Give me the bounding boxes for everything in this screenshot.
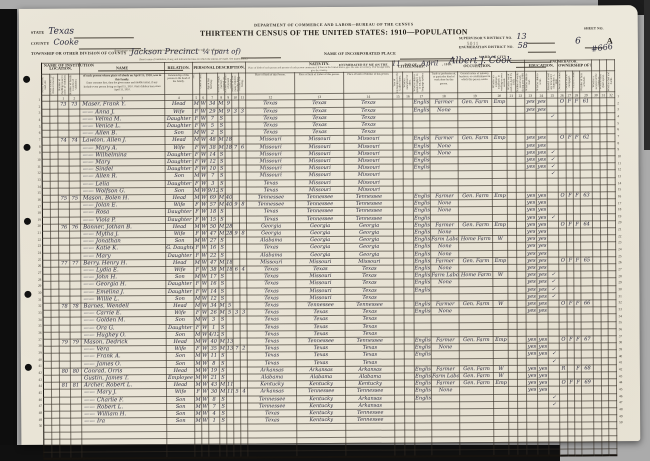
table-cell: S [219,331,226,338]
table-cell [209,451,220,458]
table-cell: yes [526,286,537,293]
census-title: THIRTEENTH CENSUS OF THE UNITED STATES: … [169,27,499,38]
table-cell [508,214,517,221]
table-cell [493,308,508,315]
table-cell [226,244,233,251]
table-cell [43,282,51,289]
table-cell: S [219,244,226,251]
column-header: Number of dwelling house in order of vis… [58,74,69,95]
table-cell [44,418,52,425]
table-cell [227,396,234,403]
table-cell [549,365,560,372]
table-cell [581,213,593,220]
table-cell: English [415,395,432,402]
table-cell: S [219,252,226,259]
table-cell [404,222,414,229]
table-cell [69,188,80,195]
table-cell [592,105,600,112]
table-cell [517,286,526,293]
table-cell [394,330,404,337]
table-cell [527,408,538,415]
punch-hole [25,364,32,371]
table-cell [239,208,246,215]
table-cell: M [194,374,201,381]
table-cell [574,350,581,357]
table-cell: M1 [219,309,226,316]
table-cell [508,279,517,286]
table-cell [508,329,517,336]
table-cell [559,242,567,249]
table-cell [592,156,600,163]
column-header: Whether able to write. [536,71,547,92]
table-cell [233,374,240,381]
table-cell [582,386,594,393]
table-cell [346,450,395,457]
table-cell [226,316,233,323]
table-cell [239,100,246,107]
table-cell: F [574,221,581,228]
table-cell: yes [526,235,537,242]
table-cell [517,307,526,314]
table-cell [232,158,239,165]
table-cell [516,142,525,149]
table-cell [233,223,240,230]
table-cell [547,106,558,113]
table-cell [50,181,58,188]
table-cell [415,402,432,409]
table-cell [573,156,580,163]
table-cell [525,120,536,127]
table-cell [492,113,507,120]
table-cell [516,106,525,113]
table-cell: F [193,144,200,151]
table-cell [43,346,51,353]
table-cell: S [220,417,227,424]
table-cell: M [194,237,201,244]
table-cell: 13 [226,345,233,352]
table-cell [601,336,608,343]
table-cell [404,308,414,315]
table-cell [59,325,70,332]
table-cell [581,350,593,357]
table-cell: S [219,353,226,360]
table-cell [575,415,582,422]
table-cell: W [201,266,208,273]
table-cell [573,177,580,184]
table-cell [538,449,549,456]
table-cell [69,159,80,166]
table-cell: 12 [207,158,218,165]
table-cell [574,322,581,329]
table-cell [43,296,51,303]
table-cell [573,163,580,170]
table-cell [493,228,508,235]
table-cell [51,231,59,238]
table-cell: Farm Laborer [432,373,460,380]
table-cell: English [413,99,430,106]
sheet-annotation: #666 [590,42,613,54]
table-cell [58,159,69,166]
table-cell: W [200,194,207,201]
table-cell [608,213,616,220]
table-cell [59,353,70,360]
table-cell: O [559,221,567,228]
table-cell [593,271,601,278]
table-cell [234,403,241,410]
table-cell: ✓ [548,286,559,293]
table-cell: F [194,245,201,252]
table-cell [59,296,70,303]
table-cell [508,344,517,351]
table-cell: F [568,379,575,386]
table-cell: W [201,273,208,280]
table-cell: 47 [208,259,219,266]
table-cell [508,243,517,250]
table-cell [226,352,233,359]
table-cell [558,178,566,185]
table-cell [568,372,575,379]
table-cell [567,286,574,293]
table-cell [608,321,616,328]
column-group-header: Citizenship. [393,61,430,73]
table-cell [573,105,580,112]
table-cell [581,357,593,364]
table-cell: yes [526,250,537,257]
table-cell [225,216,232,223]
table-cell: W [201,309,208,316]
table-cell: 75 [58,195,69,202]
table-cell [581,271,593,278]
table-cell [403,200,413,207]
table-cell [516,113,525,120]
table-cell [59,238,70,245]
table-cell: yes [536,142,547,149]
table-cell [508,308,517,315]
table-cell [403,164,413,171]
table-cell [516,149,525,156]
table-cell [70,289,81,296]
table-cell [70,267,81,274]
table-cell [233,338,240,345]
table-cell [581,314,593,321]
table-cell [608,257,616,264]
table-cell [493,250,508,257]
table-cell [240,295,247,302]
table-cell [493,329,508,336]
table-cell [42,217,50,224]
table-cell [607,192,615,199]
table-cell [517,235,526,242]
table-cell [43,310,51,317]
table-cell [607,134,615,141]
table-cell [560,386,568,393]
table-cell [415,409,432,416]
table-cell: 81 [59,382,70,389]
table-cell: 2 [240,345,247,352]
table-cell [518,387,527,394]
table-cell: W [201,353,208,360]
table-cell [405,387,415,394]
table-cell: S [218,180,225,187]
table-cell: Emp [493,257,508,264]
table-cell: Farm Laborer [431,236,459,243]
table-cell: 16 [208,245,219,252]
table-cell [593,206,601,213]
punch-hole [24,218,31,225]
column-header: Whether out of work on April 15, 1910. [507,72,516,93]
table-cell: S [218,216,225,223]
table-cell [600,149,607,156]
column-group-header [607,60,615,71]
table-cell: yes [526,336,537,343]
table-cell: English [414,344,431,351]
table-cell [574,199,581,206]
table-cell [393,186,403,193]
table-cell [526,315,537,322]
table-cell [593,242,601,249]
table-cell [566,170,573,177]
table-cell: Gen. Farm [459,221,493,228]
table-cell [549,387,560,394]
table-cell: M [195,382,202,389]
table-cell [592,98,600,105]
table-cell [548,228,559,235]
table-cell: 63 [580,192,592,199]
column-header: Whether deaf and dumb. [607,71,615,92]
table-cell: 3 [233,309,240,316]
table-cell [607,184,615,191]
table-cell [608,242,616,249]
table-cell [574,343,581,350]
table-cell [405,380,415,387]
table-cell: M [193,187,200,194]
table-cell: 15 [207,216,218,223]
table-cell [393,143,403,150]
table-cell [518,365,527,372]
table-cell [609,415,617,422]
table-cell: W [201,367,208,374]
table-cell [403,114,413,121]
table-cell [582,415,594,422]
table-cell [509,416,518,423]
table-cell [558,170,566,177]
table-cell: M [194,360,201,367]
table-cell [608,264,616,271]
table-cell [592,192,600,199]
table-cell: 9 [233,230,240,237]
table-cell [575,394,582,401]
table-cell: Daughter [165,115,193,122]
column-header: Number of farm schedule. [580,71,592,92]
table-cell: 4 [240,266,247,273]
column-header: of each person whose place of abode on A… [80,74,165,96]
table-cell [394,294,404,301]
table-cell [227,417,234,424]
table-cell [559,228,567,235]
table-cell: 14 [207,151,218,158]
table-cell: S [219,374,226,381]
table-cell: 30 [209,389,220,396]
table-cell [239,172,246,179]
table-cell: S [220,410,227,417]
table-cell: 7 [207,115,218,122]
table-cell: yes [536,134,547,141]
table-cell [509,365,518,372]
table-cell: yes [537,271,548,278]
table-cell [404,315,414,322]
punch-hole [24,291,31,298]
table-cell [560,415,568,422]
table-cell [592,170,600,177]
table-cell [600,113,607,120]
table-cell [220,451,227,458]
table-cell [566,178,573,185]
table-cell [51,375,59,382]
table-cell: W [493,236,508,243]
table-cell [548,199,559,206]
table-cell [548,343,559,350]
punch-hole [23,144,30,151]
table-cell [580,149,592,156]
table-cell [581,321,593,328]
table-cell [602,379,609,386]
table-cell [404,243,414,250]
table-cell [43,303,51,310]
table-cell [609,379,617,386]
table-cell [60,404,71,411]
table-cell [51,354,59,361]
table-cell: English [414,286,431,293]
table-cell: 8 [239,201,246,208]
table-cell: 12 [208,295,219,302]
table-cell: Emp [493,336,508,343]
table-cell [58,217,69,224]
table-cell [43,332,51,339]
table-cell [518,449,527,456]
table-cell [593,293,601,300]
table-cell [394,359,404,366]
table-cell [404,207,414,214]
column-header: Whether able to speak English; or, if no… [413,72,430,93]
table-cell [574,307,581,314]
table-cell: F [574,257,581,264]
table-cell [225,151,232,158]
table-cell [59,289,70,296]
table-cell [240,223,247,230]
table-cell: 4 [209,410,220,417]
table-cell: ✓ [548,278,559,285]
table-cell [52,452,60,459]
table-cell [566,113,573,120]
table-cell [547,134,558,141]
table-cell [393,171,403,178]
table-cell: yes [537,235,548,242]
table-cell: F [567,221,574,228]
scanned-census-page: { "header": { "state_label": "State", "s… [0,0,650,461]
table-cell [574,250,581,257]
table-cell [52,397,60,404]
table-cell [538,408,549,415]
table-cell: W [200,165,207,172]
column-group-header [592,60,600,71]
table-cell: F [194,288,201,295]
table-cell [607,127,615,134]
table-cell [608,293,616,300]
table-cell [593,307,601,314]
table-cell [601,249,608,256]
table-cell [601,242,608,249]
table-cell [394,215,404,222]
table-cell [59,267,70,274]
table-cell: S [219,273,226,280]
table-cell [233,352,240,359]
table-cell [42,159,50,166]
census-table: Location.NameRelation.Personal Descripti… [41,59,618,460]
table-cell [52,404,60,411]
table-cell [508,315,517,322]
table-cell [536,178,547,185]
table-cell [59,310,70,317]
table-cell [509,401,518,408]
table-cell [582,372,594,379]
table-cell: ✓ [548,214,559,221]
table-cell [240,316,247,323]
table-cell [51,282,59,289]
table-cell [601,285,608,292]
table-cell: W [201,259,208,266]
column-header: Place of birth of this Person. [246,73,295,94]
table-cell [559,343,567,350]
table-cell: M1 [219,302,226,309]
table-cell: 61 [580,98,592,105]
table-cell [581,249,593,256]
table-cell [559,329,567,336]
table-cell [581,264,593,271]
table-cell [70,310,81,317]
table-cell [567,250,574,257]
table-cell [492,142,507,149]
table-cell [526,329,537,336]
table-cell [394,308,404,315]
table-cell [403,135,413,142]
table-cell: W [202,396,209,403]
table-cell: yes [526,300,537,307]
table-cell [60,452,71,459]
table-cell: 76 [58,224,69,231]
table-cell [393,99,403,106]
table-cell [494,401,509,408]
table-cell [43,231,51,238]
table-cell [582,449,594,456]
table-cell: Gen. Farm [460,380,494,387]
table-cell [608,285,616,292]
table-cell [42,130,50,137]
table-cell [573,113,580,120]
table-cell [493,279,508,286]
table-cell: ✓ [547,149,558,156]
table-cell [602,408,609,415]
table-cell [609,372,617,379]
table-cell [394,301,404,308]
table-cell [508,300,517,307]
table-cell: 80 [70,368,81,375]
table-cell [602,365,609,372]
table-cell: S [218,208,225,215]
table-cell [601,228,608,235]
table-cell: ✓ [547,113,558,120]
table-cell [239,136,246,143]
table-cell: Emp [492,99,507,106]
